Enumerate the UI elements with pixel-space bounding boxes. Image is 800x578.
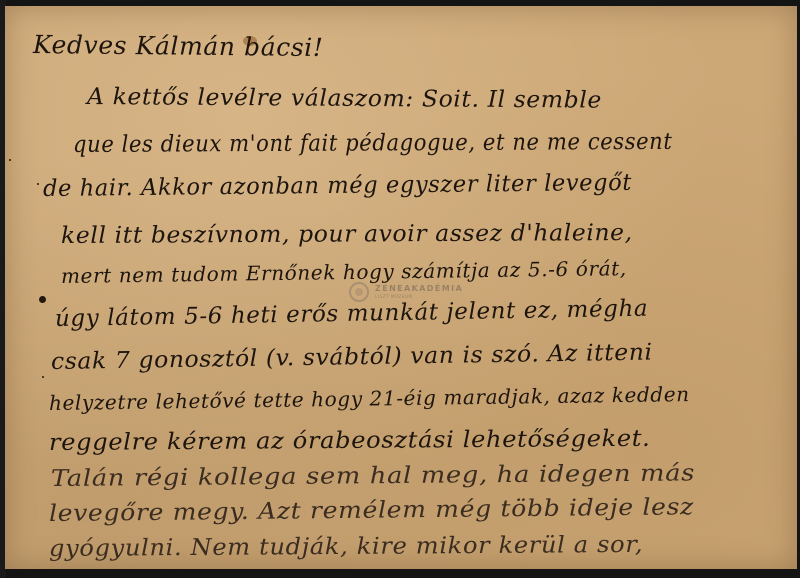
letter-line: gyógyulni. Nem tudják, kire mikor kerül … [49, 532, 643, 562]
letter-line: de hair. Akkor azonban még egyszer liter… [43, 170, 632, 202]
archive-watermark: ZENEAKADÉMIA LISZT MÚZEUM [349, 282, 463, 302]
letter-line: levegőre megy. Azt remélem még több idej… [49, 494, 694, 527]
letter-line: kell itt beszívnom, pour avoir assez d'h… [61, 220, 633, 249]
ink-blot [39, 296, 46, 303]
letter-line: csak 7 gonosztól (v. svábtól) van is szó… [51, 340, 653, 375]
watermark-subtitle: LISZT MÚZEUM [375, 295, 463, 299]
letter-line: Talán régi kollega sem hal meg, ha idege… [51, 460, 695, 492]
ink-dot [37, 183, 39, 185]
ink-dot [42, 376, 44, 378]
watermark-name: ZENEAKADÉMIA [375, 285, 463, 293]
letter-line: mert nem tudom Ernőnek hogy számítja az … [61, 256, 627, 288]
letter-line: que les dieux m'ont fait pédagogue, et n… [73, 129, 673, 158]
letter-line: A kettős levélre válaszom: Soit. Il semb… [87, 84, 602, 114]
letter-salutation: Kedves Kálmán bácsi! [33, 30, 324, 62]
letter-line: helyzetre lehetővé tette hogy 21-éig mar… [49, 382, 690, 415]
ink-dot [9, 159, 11, 161]
letter-paper: Kedves Kálmán bácsi! A kettős levélre vá… [5, 6, 797, 569]
letter-line: reggelre kérem az órabeosztási lehetőség… [49, 426, 651, 456]
seal-icon [349, 282, 369, 302]
